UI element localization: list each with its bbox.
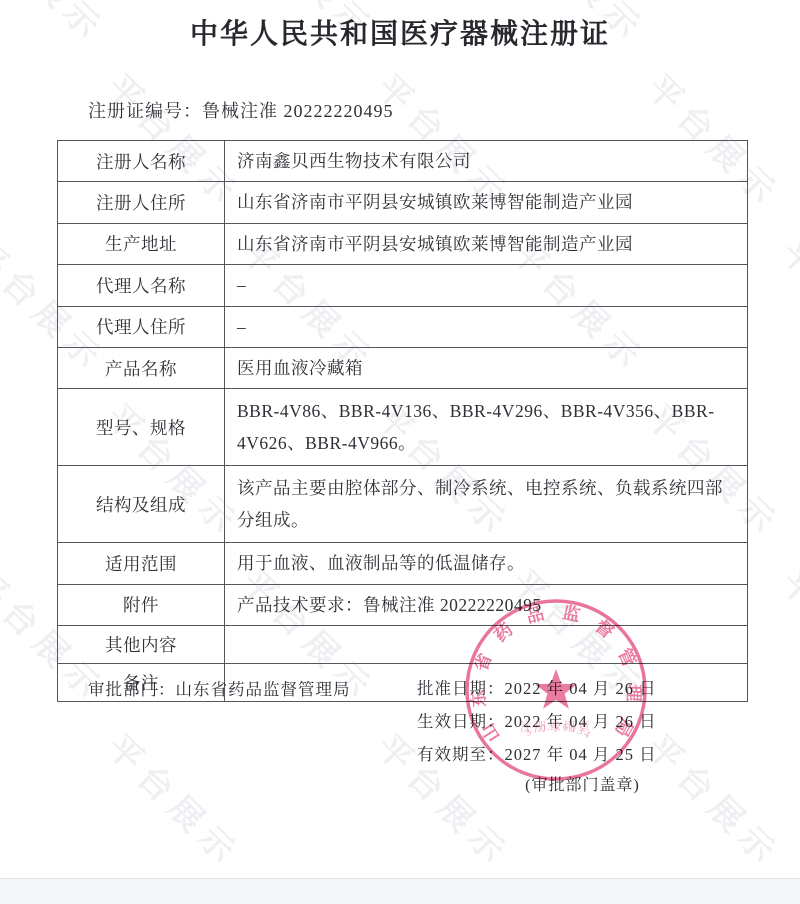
table-row: 注册人名称 济南鑫贝西生物技术有限公司: [58, 141, 748, 182]
row-value: 山东省济南市平阴县安城镇欧莱博智能制造产业园: [225, 182, 748, 223]
row-value: 济南鑫贝西生物技术有限公司: [225, 141, 748, 182]
row-label: 附件: [58, 584, 225, 625]
table-row: 型号、规格 BBR-4V86、BBR-4V136、BBR-4V296、BBR-4…: [58, 389, 748, 466]
seal-caption: (审批部门盖章): [417, 771, 748, 801]
certificate-table: 注册人名称 济南鑫贝西生物技术有限公司 注册人住所 山东省济南市平阴县安城镇欧莱…: [57, 140, 748, 702]
row-value: 医用血液冷藏箱: [225, 347, 748, 388]
row-label: 代理人住所: [58, 306, 225, 347]
row-label: 产品名称: [58, 347, 225, 388]
row-value: 该产品主要由腔体部分、制冷系统、电控系统、负载系统四部分组成。: [225, 466, 748, 543]
expiry-date-line: 有效期至：2027 年 04 月 25 日: [417, 738, 748, 771]
table-row: 生产地址 山东省济南市平阴县安城镇欧莱博智能制造产业园: [58, 223, 748, 264]
row-value: 用于血液、血液制品等的低温储存。: [225, 543, 748, 584]
approval-date-label: 批准日期：: [417, 679, 505, 698]
approval-department-label: 审批部门：: [88, 680, 176, 699]
row-label: 注册人住所: [58, 182, 225, 223]
row-label: 结构及组成: [58, 466, 225, 543]
certificate-number-value: 鲁械注准 20222220495: [202, 101, 394, 121]
row-value: [225, 626, 748, 664]
watermark-text: 平台展示: [773, 556, 800, 712]
row-value: BBR-4V86、BBR-4V136、BBR-4V296、BBR-4V356、B…: [225, 389, 748, 466]
row-label: 其他内容: [58, 626, 225, 664]
table-row: 其他内容: [58, 626, 748, 664]
page-title: 中华人民共和国医疗器械注册证: [0, 12, 800, 52]
row-label: 注册人名称: [58, 141, 225, 182]
watermark-text: 平台展示: [773, 226, 800, 382]
approval-department-value: 山东省药品监督管理局: [176, 680, 351, 699]
table-row: 注册人住所 山东省济南市平阴县安城镇欧莱博智能制造产业园: [58, 182, 748, 223]
row-value: 山东省济南市平阴县安城镇欧莱博智能制造产业园: [225, 223, 748, 264]
page-bottom-strip: [0, 878, 800, 904]
row-value: –: [225, 265, 748, 306]
certificate-page: 平台展示平台展示平台展示平台展示平台展示平台展示平台展示平台展示平台展示平台展示…: [0, 0, 800, 904]
certificate-number-label: 注册证编号：: [88, 101, 202, 121]
effective-date-value: 2022 年 04 月 26 日: [505, 712, 657, 731]
certificate-number-line: 注册证编号：鲁械注准 20222220495: [88, 97, 394, 123]
effective-date-line: 生效日期：2022 年 04 月 26 日: [417, 705, 748, 738]
row-label: 生产地址: [58, 223, 225, 264]
expiry-date-label: 有效期至：: [417, 745, 505, 764]
row-value: –: [225, 306, 748, 347]
approval-date-value: 2022 年 04 月 26 日: [505, 679, 657, 698]
row-label: 型号、规格: [58, 389, 225, 466]
row-value: 产品技术要求：鲁械注准 20222220495: [225, 584, 748, 625]
table-row: 产品名称 医用血液冷藏箱: [58, 347, 748, 388]
table-row: 代理人住所 –: [58, 306, 748, 347]
table-row: 结构及组成 该产品主要由腔体部分、制冷系统、电控系统、负载系统四部分组成。: [58, 466, 748, 543]
table-row: 代理人名称 –: [58, 265, 748, 306]
row-label: 代理人名称: [58, 265, 225, 306]
approval-department-line: 审批部门：山东省药品监督管理局: [88, 676, 351, 700]
table-row: 适用范围 用于血液、血液制品等的低温储存。: [58, 543, 748, 584]
row-label: 适用范围: [58, 543, 225, 584]
approval-section: 审批部门：山东省药品监督管理局 批准日期：2022 年 04 月 26 日 生效…: [57, 666, 748, 806]
expiry-date-value: 2027 年 04 月 25 日: [505, 745, 657, 764]
effective-date-label: 生效日期：: [417, 712, 505, 731]
table-row: 附件 产品技术要求：鲁械注准 20222220495: [58, 584, 748, 625]
approval-dates: 批准日期：2022 年 04 月 26 日 生效日期：2022 年 04 月 2…: [417, 672, 748, 801]
approval-date-line: 批准日期：2022 年 04 月 26 日: [417, 672, 748, 705]
